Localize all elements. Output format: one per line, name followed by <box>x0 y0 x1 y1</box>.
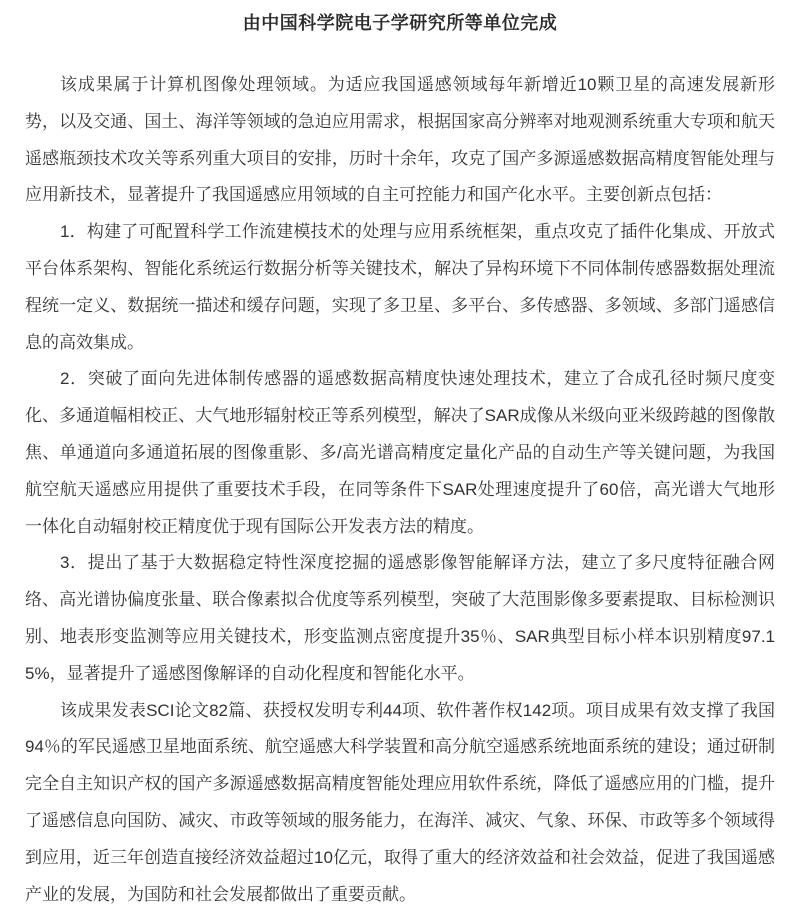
document-page: 由中国科学院电子学研究所等单位完成 该成果属于计算机图像处理领域。为适应我国遥感… <box>0 0 800 923</box>
innovation-point-2: 2．突破了面向先进体制传感器的遥感数据高精度快速处理技术，建立了合成孔径时频尺度… <box>25 361 775 545</box>
innovation-point-1: 1．构建了可配置科学工作流建模技术的处理与应用系统框架，重点攻克了插件化集成、开… <box>25 214 775 361</box>
page-title: 由中国科学院电子学研究所等单位完成 <box>25 11 775 35</box>
innovation-point-3: 3．提出了基于大数据稳定特性深度挖掘的遥感影像智能解译方法，建立了多尺度特征融合… <box>25 545 775 692</box>
document-body: 该成果属于计算机图像处理领域。为适应我国遥感领域每年新增近10颗卫星的高速发展新… <box>25 67 775 913</box>
intro-paragraph: 该成果属于计算机图像处理领域。为适应我国遥感领域每年新增近10颗卫星的高速发展新… <box>25 67 775 214</box>
achievements-paragraph: 该成果发表SCI论文82篇、获授权发明专利44项、软件著作权142项。项目成果有… <box>25 693 775 914</box>
